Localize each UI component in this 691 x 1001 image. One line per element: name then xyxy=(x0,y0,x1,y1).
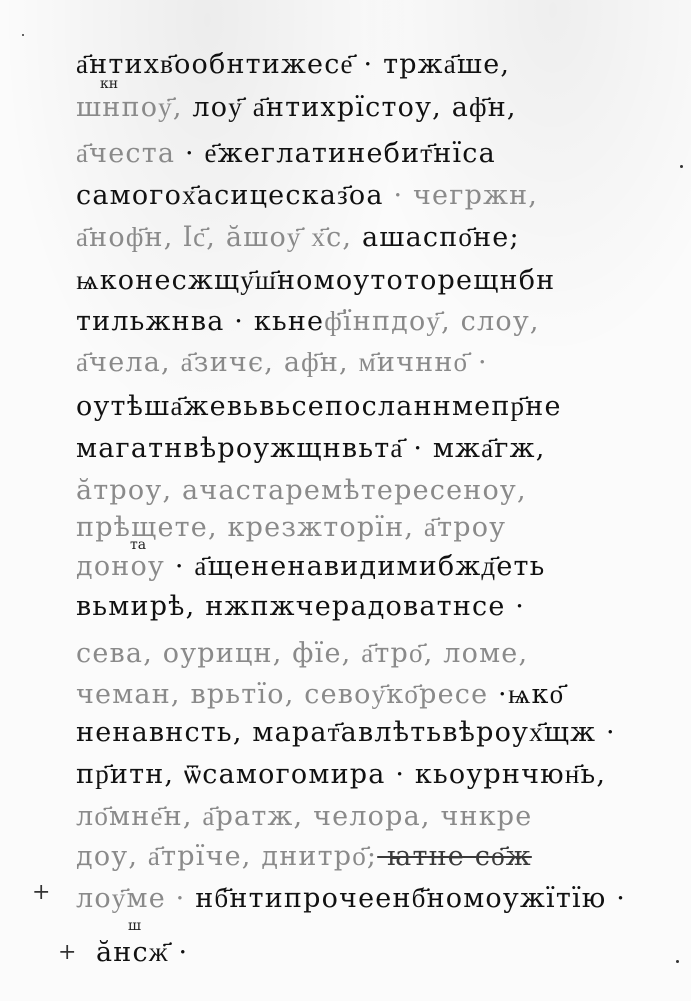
line-5-segment-3: ашаспо҃не; xyxy=(352,222,520,253)
margin-cross-mark: + xyxy=(32,880,50,905)
line-11-segment-1: ӑтроу, ачастаремѣтересеноу, xyxy=(76,475,527,506)
line-8-segment-1: а҃чела, а҃зичє, аф҃н, м҃ичнно҃ · xyxy=(76,347,488,378)
manuscript-line-4: самогох҃асицесказ҃оа · чегржн, xyxy=(76,179,538,213)
line-15-segment-1: сева, оурицн, фїе, а҃тро҃, ломе, xyxy=(76,638,528,669)
line-10-segment-1: магатнвѣроужщнвьта҃ · мжа҃гж, xyxy=(76,433,545,464)
manuscript-line-7: тильжнва · кьнеф҃їнпдоу҃, слоу, xyxy=(76,305,540,339)
manuscript-line-8: а҃чела, а҃зичє, аф҃н, м҃ичнно҃ · xyxy=(76,346,488,380)
line-2-segment-2: лоу҃ а҃нтихрїстоу, аф҃н, xyxy=(183,92,517,123)
scan-speck xyxy=(676,960,679,963)
line-1-segment-2: · тржа҃ше, xyxy=(354,49,510,80)
manuscript-page: а҃нтихв҃ообнтижесе҃ · тржа҃ше, кн шнпоу҃… xyxy=(0,0,691,1001)
line-17-segment-1: ненавнсть, марат҃авлѣтьвѣроух҃щж · xyxy=(76,717,616,748)
line-14-segment-1: вьмирѣ, нжпжчерадоватнсе · xyxy=(76,591,525,622)
line-22-superscript: ш xyxy=(128,918,141,934)
margin-cross-mark-2: + xyxy=(58,940,76,965)
manuscript-line-2: шнпоу҃, лоу҃ а҃нтихрїстоу, аф҃н, xyxy=(76,91,517,125)
manuscript-line-9: оутѣша҃жевьвьсепосланнмепр҃не xyxy=(76,390,562,424)
line-21-segment-2: нб҃нтипрочеенб҃номоужїтїю · xyxy=(185,883,626,914)
manuscript-line-6: ѩконесжщу҃ш҃номоутоторещнбн xyxy=(76,264,555,298)
manuscript-line-18: пр҃итн, ѿсамогомира · кьоурнчюн҃ь, xyxy=(76,758,606,792)
line-13-segment-1: доноу xyxy=(76,551,165,582)
line-4-segment-1: самогох҃асицесказ҃оа xyxy=(76,180,384,211)
line-6-segment-1: ѩконесжщу҃ш҃номоутоторещнбн xyxy=(76,265,555,296)
line-7-segment-2: ф҃їнпдоу҃, слоу, xyxy=(324,306,539,337)
line-16-segment-2: ·ѩко҃ xyxy=(488,679,564,710)
scan-speck xyxy=(22,34,24,36)
line-19-segment-1: ло҃мне҃н, а҃ратж, челора, чнкре xyxy=(76,801,532,832)
line-3-segment-1: а҃честа xyxy=(76,138,175,169)
manuscript-line-14: вьмирѣ, нжпжчерадоватнсе · xyxy=(76,590,525,624)
line-20-struck-text: ꙗтне со҃ж xyxy=(377,841,532,872)
manuscript-line-10: магатнвѣроужщнвьта҃ · мжа҃гж, xyxy=(76,432,545,466)
manuscript-line-19: ло҃мне҃н, а҃ратж, челора, чнкре xyxy=(76,800,532,834)
manuscript-line-17: ненавнсть, марат҃авлѣтьвѣроух҃щж · xyxy=(76,716,616,750)
line-5-segment-1: а҃ноф҃н, ӏс҃, xyxy=(76,222,216,253)
line-4-segment-2: · чегржн, xyxy=(384,180,538,211)
line-5-segment-2: ӑшоу҃ х҃с, xyxy=(216,222,352,253)
manuscript-line-21: лоу҃ме · нб҃нтипрочеенб҃номоужїтїю · xyxy=(76,882,626,916)
line-18-segment-1: пр҃итн, ѿсамогомира · кьоурнчюн҃ь, xyxy=(76,759,606,790)
line-13-segment-2: · а҃щененавидимибжд҃еть xyxy=(165,551,546,582)
manuscript-line-1: а҃нтихв҃ообнтижесе҃ · тржа҃ше, xyxy=(76,48,510,82)
line-21-segment-1: лоу҃ме · xyxy=(76,883,185,914)
manuscript-line-11: ӑтроу, ачастаремѣтересеноу, xyxy=(76,474,527,508)
line-7-segment-1: тильжнва · кьне xyxy=(76,306,324,337)
scan-speck xyxy=(680,165,683,168)
manuscript-line-5: а҃ноф҃н, ӏс҃, ӑшоу҃ х҃с, ашаспо҃не; xyxy=(76,221,520,255)
line-2-superscript: кн xyxy=(100,76,118,92)
manuscript-line-20: доу, а҃трїче, днитро҃; ꙗтне со҃ж xyxy=(76,840,532,874)
manuscript-line-15: сева, оурицн, фїе, а҃тро҃, ломе, xyxy=(76,637,528,671)
manuscript-line-3: а҃честа · е҃жеглатинебит҃нїса xyxy=(76,137,496,171)
line-16-segment-1: чеман, врьтїо, севоу҃ко҃ресе xyxy=(76,679,488,710)
manuscript-line-22: ӑнсж҃ · xyxy=(96,936,188,970)
line-3-segment-2: · е҃жеглатинебит҃нїса xyxy=(175,138,496,169)
manuscript-line-13: доноу · а҃щененавидимибжд҃еть xyxy=(76,550,546,584)
manuscript-line-16: чеман, врьтїо, севоу҃ко҃ресе ·ѩко҃ xyxy=(76,678,564,712)
line-22-segment-1: ӑнсж҃ · xyxy=(96,937,188,968)
line-20-segment-1: доу, а҃трїче, днитро҃; xyxy=(76,841,377,872)
line-9-segment-1: оутѣша҃жевьвьсепосланнмепр҃не xyxy=(76,391,562,422)
line-2-segment-1: шнпоу҃, xyxy=(76,92,183,123)
